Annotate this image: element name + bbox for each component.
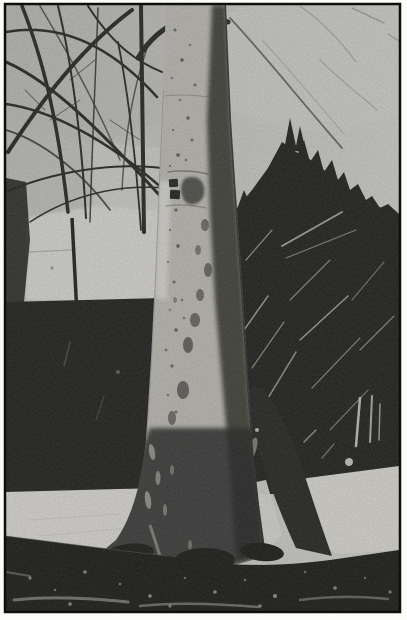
tree-photograph	[0, 0, 407, 620]
halftone-grain-light	[6, 5, 399, 611]
printed-page	[0, 0, 407, 620]
photo-figure	[0, 0, 407, 620]
